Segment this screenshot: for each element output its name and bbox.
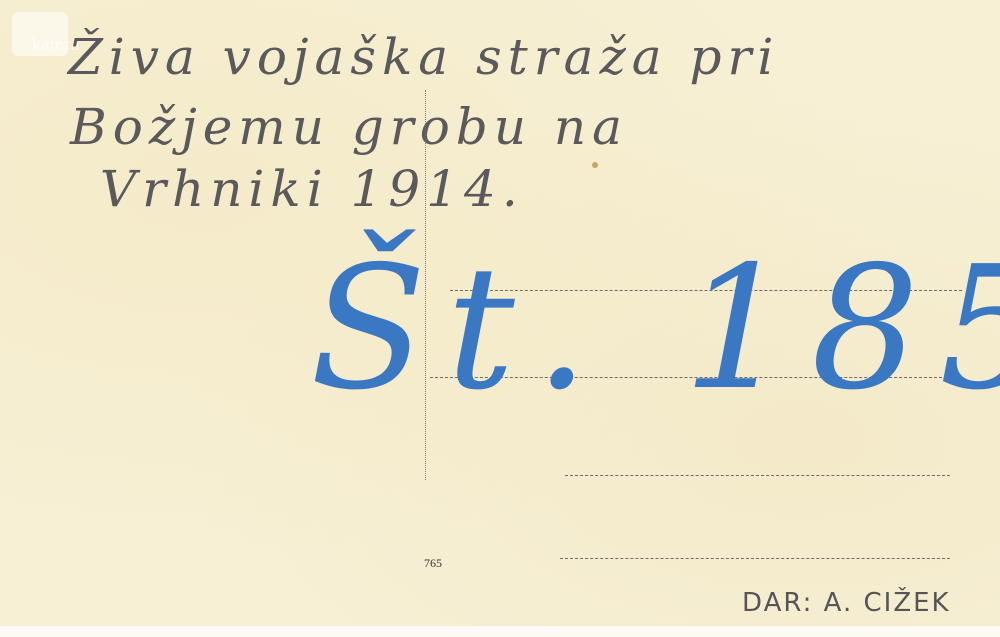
caption-line-2: Božjemu grobu na bbox=[70, 98, 628, 156]
address-line-3 bbox=[565, 475, 950, 476]
donor-note: DAR: A. CIŽEK bbox=[742, 588, 951, 618]
caption-line-3: Vrhniki 1914. bbox=[100, 160, 524, 218]
caption-line-1: Živa vojaška straža pri bbox=[68, 28, 779, 86]
print-number: 765 bbox=[424, 556, 442, 571]
address-line-4 bbox=[560, 558, 950, 559]
scan-margin bbox=[0, 626, 1000, 637]
inventory-number: Št. 185. bbox=[310, 230, 1000, 428]
paper-stain bbox=[592, 162, 598, 168]
postcard-back: kamra Živa vojaška straža pri Božjemu gr… bbox=[0, 0, 1000, 626]
